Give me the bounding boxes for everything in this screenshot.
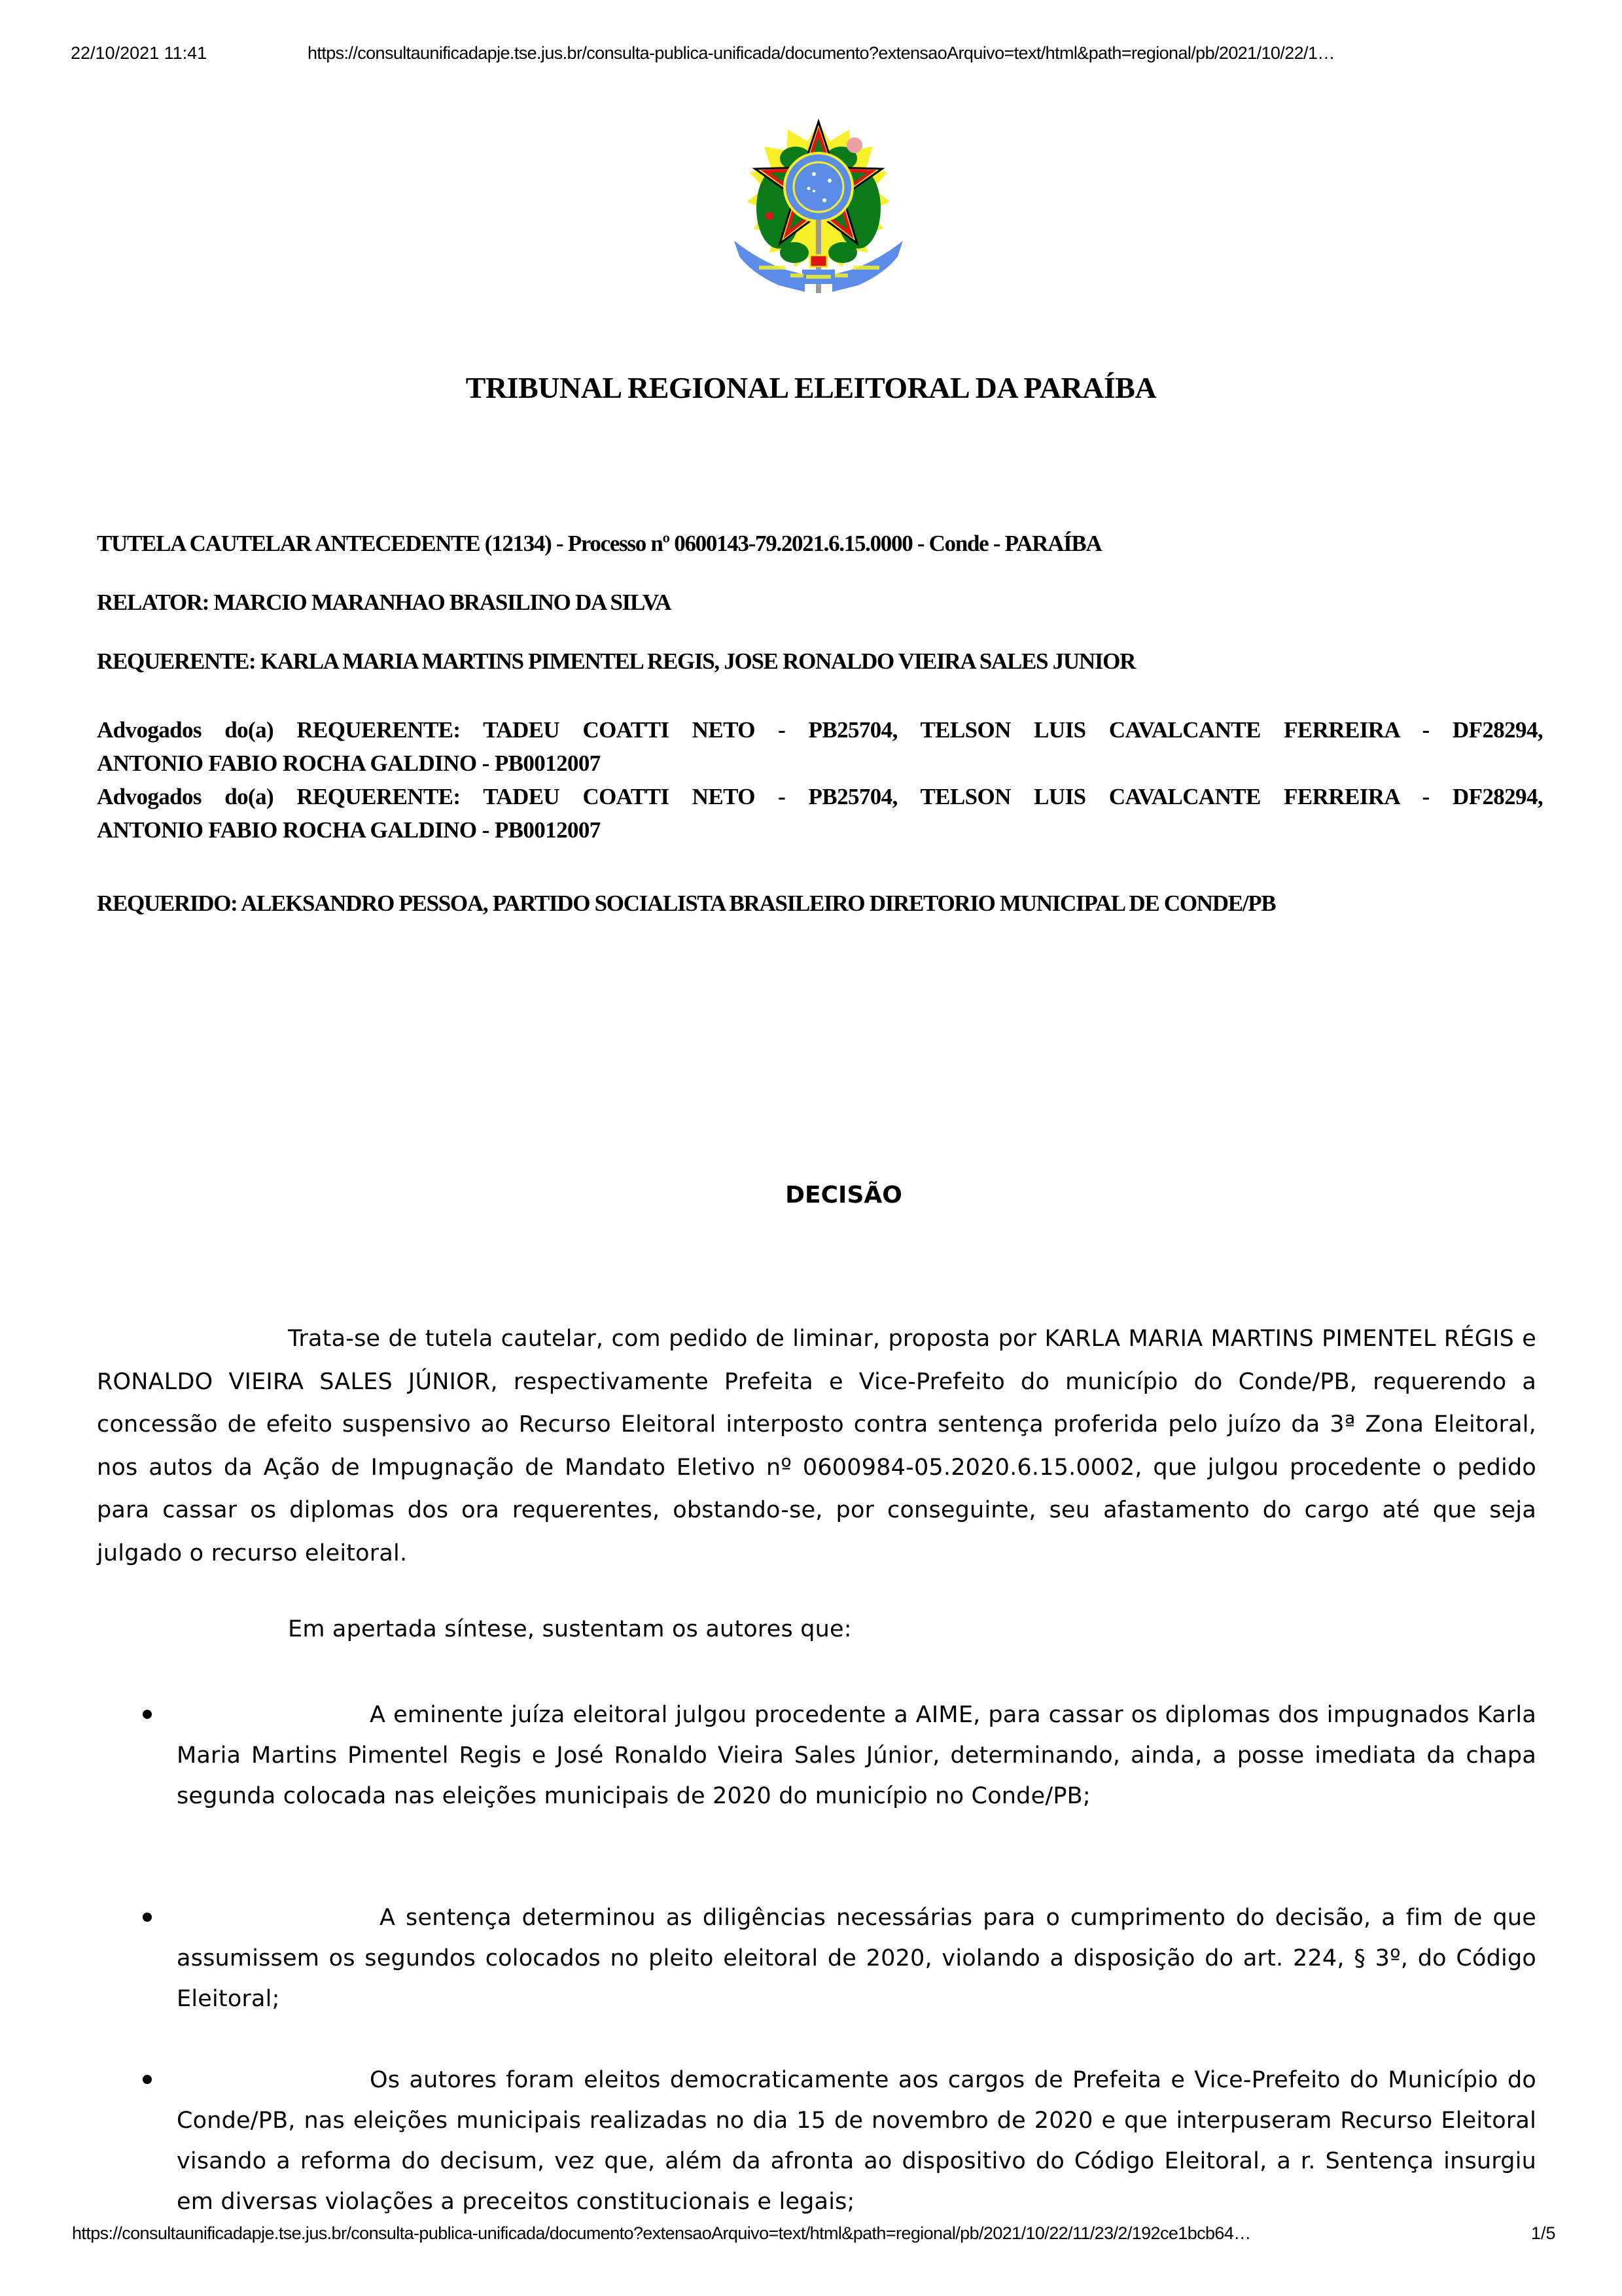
list-item-content: Os autores foram eleitos democraticament… [177, 2067, 1536, 2215]
advogados-line-continued: ANTONIO FABIO ROCHA GALDINO - PB0012007 [97, 747, 1543, 780]
requerido-line: REQUERIDO: ALEKSANDRO PESSOA, PARTIDO SO… [97, 887, 1543, 920]
advogados-line: Advogados do(a) REQUERENTE: TADEU COATTI… [97, 780, 1543, 813]
bullet-icon [143, 1710, 152, 1719]
print-header: 22/10/2021 11:41 https://consultaunifica… [0, 43, 1622, 69]
body-paragraph: Em apertada síntese, sustentam os autore… [97, 1608, 1536, 1651]
print-footer-url: https://consultaunificadapje.tse.jus.br/… [72, 2223, 1251, 2244]
process-line: TUTELA CAUTELAR ANTECEDENTE (12134) - Pr… [97, 527, 1543, 560]
advogados-line: Advogados do(a) REQUERENTE: TADEU COATTI… [97, 713, 1543, 747]
list-item-text: Os autores foram eleitos democraticament… [177, 2060, 1536, 2222]
relator-line: RELATOR: MARCIO MARANHAO BRASILINO DA SI… [97, 586, 1543, 619]
print-header-url: https://consultaunificadapje.tse.jus.br/… [308, 43, 1335, 63]
list-item-content: A sentença determinou as diligências nec… [177, 1905, 1536, 2012]
paragraph-text: Trata-se de tutela cautelar, com pedido … [97, 1326, 1536, 1566]
list-item-content: A eminente juíza eleitoral julgou proced… [177, 1702, 1536, 1809]
paragraph-text: Em apertada síntese, sustentam os autore… [288, 1616, 852, 1642]
brazil-coat-of-arms-icon [733, 110, 904, 304]
print-datetime: 22/10/2021 11:41 [71, 43, 207, 63]
decision-heading: DECISÃO [0, 1182, 1622, 1209]
list-item-text: A eminente juíza eleitoral julgou proced… [177, 1695, 1536, 1816]
bullet-icon [143, 2075, 152, 2084]
page-counter: 1/5 [1531, 2223, 1556, 2244]
list-item-text: A sentença determinou as diligências nec… [177, 1898, 1536, 2019]
advogados-line-continued: ANTONIO FABIO ROCHA GALDINO - PB0012007 [97, 813, 1543, 847]
court-title: TRIBUNAL REGIONAL ELEITORAL DA PARAÍBA [0, 370, 1622, 405]
print-footer: https://consultaunificadapje.tse.jus.br/… [0, 2223, 1622, 2250]
bullet-icon [143, 1913, 152, 1922]
body-paragraph: Trata-se de tutela cautelar, com pedido … [97, 1318, 1536, 1575]
requerente-line: REQUERENTE: KARLA MARIA MARTINS PIMENTEL… [97, 645, 1543, 678]
